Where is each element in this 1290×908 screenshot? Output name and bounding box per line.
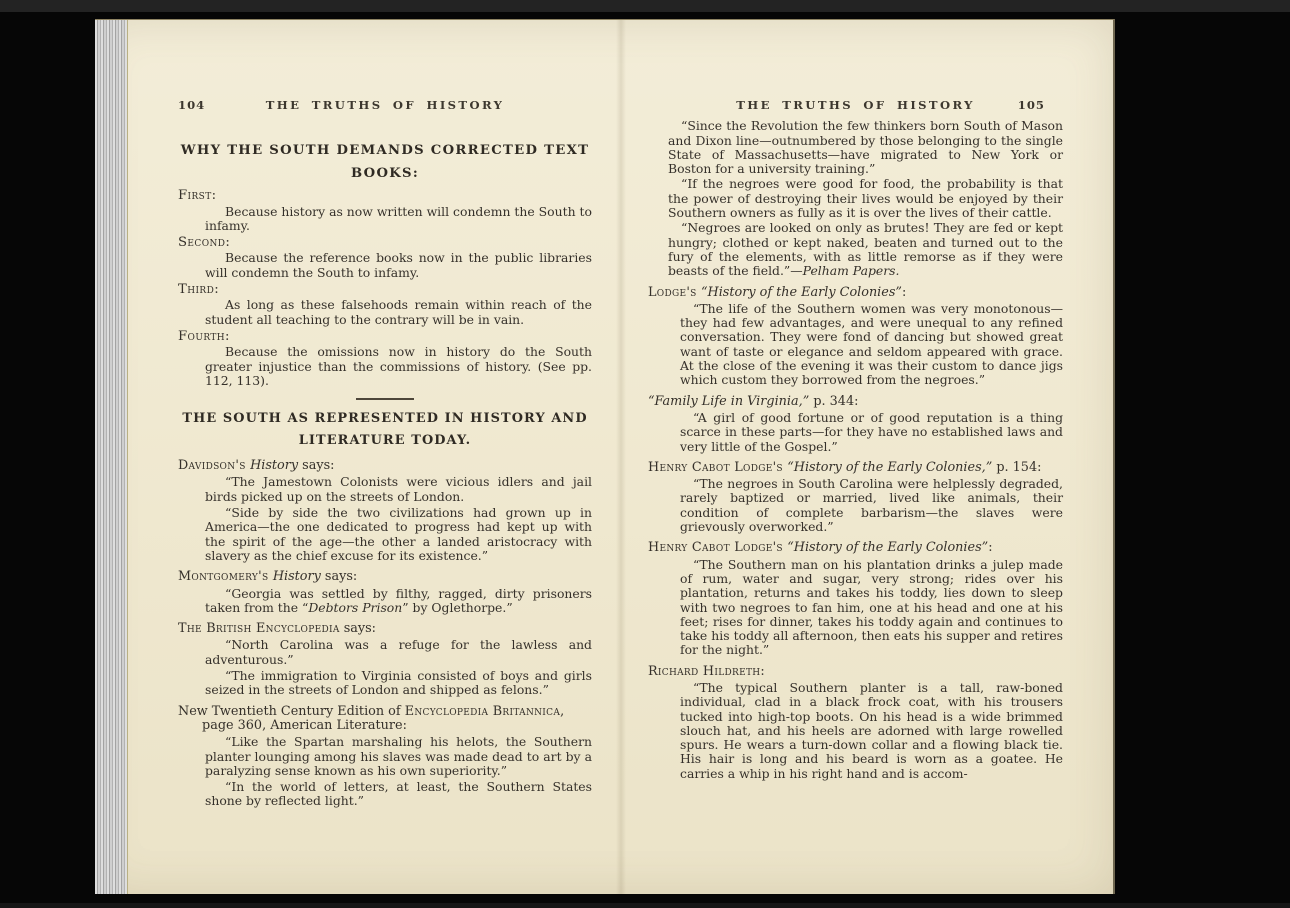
- work-title-italic: History: [250, 458, 298, 473]
- scanner-top-strip: [0, 0, 1290, 12]
- item-label: Fourth:: [178, 330, 592, 344]
- chapter-title-line1: WHY THE SOUTH DEMANDS CORRECTED TEXT: [178, 139, 592, 162]
- heading-suffix: says:: [321, 569, 357, 584]
- page-number-right: 105: [1018, 98, 1045, 112]
- quote-paragraph: “Georgia was settled by filthy, ragged, …: [205, 587, 592, 616]
- page-edge-stack: [95, 20, 128, 894]
- work-title-italic: “History of the Early Colonies”: [787, 540, 988, 555]
- page-right: THE TRUTHS OF HISTORY 105 “Since the Rev…: [648, 20, 1063, 894]
- item-paragraph: Because history as now written will cond…: [205, 205, 592, 234]
- source-name: Montgomery's: [178, 569, 273, 584]
- quote-paragraph: “Negroes are looked on only as brutes! T…: [668, 221, 1063, 278]
- chapter-title-line2: BOOKS:: [178, 162, 592, 185]
- item-label: First:: [178, 189, 592, 203]
- item-paragraph: Because the omissions now in history do …: [205, 345, 592, 388]
- heading-suffix: :: [902, 285, 906, 300]
- section-heading: THE SOUTH AS REPRESENTED IN HISTORY AND …: [178, 408, 592, 452]
- entry-heading: Davidson's History says:: [178, 459, 592, 473]
- chapter-title: WHY THE SOUTH DEMANDS CORRECTED TEXT BOO…: [178, 139, 592, 185]
- heading-prefix: New Twentieth Century Edition of: [178, 704, 405, 719]
- quote-paragraph: “The Southern man on his plantation drin…: [680, 558, 1063, 658]
- source-name: Henry Cabot Lodge's: [648, 540, 787, 555]
- page-left: 104 THE TRUTHS OF HISTORY WHY THE SOUTH …: [178, 20, 592, 894]
- source-name: Henry Cabot Lodge's: [648, 460, 787, 475]
- work-title-italic: “History of the Early Colonies,”: [787, 460, 992, 475]
- running-title-right: THE TRUTHS OF HISTORY: [736, 98, 975, 112]
- section-divider-rule: [356, 398, 414, 400]
- item-label: Second:: [178, 236, 592, 250]
- item-label: Third:: [178, 283, 592, 297]
- page-number-left: 104: [178, 98, 205, 112]
- heading-suffix: says:: [298, 458, 334, 473]
- quote-text: ” by Oglethorpe.”: [402, 600, 512, 615]
- quote-paragraph: “In the world of letters, at least, the …: [205, 780, 592, 809]
- entry-heading: Henry Cabot Lodge's “History of the Earl…: [648, 461, 1063, 475]
- quoted-work-italic: Debtors Prison: [308, 600, 402, 615]
- section-heading-line2: LITERATURE TODAY.: [178, 430, 592, 452]
- item-paragraph: As long as these falsehoods remain withi…: [205, 298, 592, 327]
- heading-suffix: p. 344:: [809, 394, 858, 409]
- quote-paragraph: “A girl of good fortune or of good reput…: [680, 411, 1063, 454]
- quote-paragraph: “The typical Southern planter is a tall,…: [680, 681, 1063, 781]
- running-head-left: 104 THE TRUTHS OF HISTORY: [178, 98, 592, 112]
- scanner-bottom-strip: [0, 903, 1290, 908]
- quote-paragraph: “If the negroes were good for food, the …: [668, 177, 1063, 220]
- attribution-italic: Pelham Papers.: [803, 263, 900, 278]
- entry-heading: Henry Cabot Lodge's “History of the Earl…: [648, 541, 1063, 555]
- numbered-reasons-list: First: Because history as now written wi…: [178, 189, 592, 388]
- section-heading-line1: THE SOUTH AS REPRESENTED IN HISTORY AND: [178, 408, 592, 430]
- gutter-crease: [616, 20, 626, 894]
- source-name: Lodge's: [648, 285, 701, 300]
- running-head-right: THE TRUTHS OF HISTORY 105: [648, 98, 1063, 112]
- entry-heading: New Twentieth Century Edition of Encyclo…: [178, 705, 592, 734]
- running-title-left: THE TRUTHS OF HISTORY: [266, 98, 505, 112]
- quote-paragraph: “The immigration to Virginia consisted o…: [205, 669, 592, 698]
- quote-paragraph: “Side by side the two civilizations had …: [205, 506, 592, 563]
- entry-heading: Richard Hildreth:: [648, 665, 1063, 679]
- quote-paragraph: “The life of the Southern women was very…: [680, 302, 1063, 388]
- heading-suffix: :: [988, 540, 992, 555]
- work-title-italic: “Family Life in Virginia,”: [648, 394, 809, 409]
- item-paragraph: Because the reference books now in the p…: [205, 251, 592, 280]
- heading-suffix: p. 154:: [992, 460, 1041, 475]
- quote-paragraph: “The Jamestown Colonists were vicious id…: [205, 475, 592, 504]
- source-name: Encyclopedia Britannica: [405, 704, 560, 719]
- quote-paragraph: “Like the Spartan marshaling his helots,…: [205, 735, 592, 778]
- quote-paragraph: “Since the Revolution the few thinkers b…: [668, 119, 1063, 176]
- work-title-italic: “History of the Early Colonies”: [701, 285, 902, 300]
- scanned-book-view: { "colors": { "paper": "#f0e9d1", "ink":…: [0, 0, 1290, 908]
- quote-paragraph: “The negroes in South Carolina were help…: [680, 477, 1063, 534]
- entry-heading: “Family Life in Virginia,” p. 344:: [648, 395, 1063, 409]
- heading-suffix: says:: [340, 621, 376, 636]
- source-name: Davidson's: [178, 458, 250, 473]
- source-name: Richard Hildreth:: [648, 664, 765, 679]
- source-name: The British Encyclopedia: [178, 621, 340, 636]
- quote-paragraph: “North Carolina was a refuge for the law…: [205, 638, 592, 667]
- entry-heading: Lodge's “History of the Early Colonies”:: [648, 286, 1063, 300]
- book-spread: 104 THE TRUTHS OF HISTORY WHY THE SOUTH …: [95, 19, 1115, 894]
- work-title-italic: History: [273, 569, 321, 584]
- entry-heading: Montgomery's History says:: [178, 570, 592, 584]
- entry-heading: The British Encyclopedia says:: [178, 622, 592, 636]
